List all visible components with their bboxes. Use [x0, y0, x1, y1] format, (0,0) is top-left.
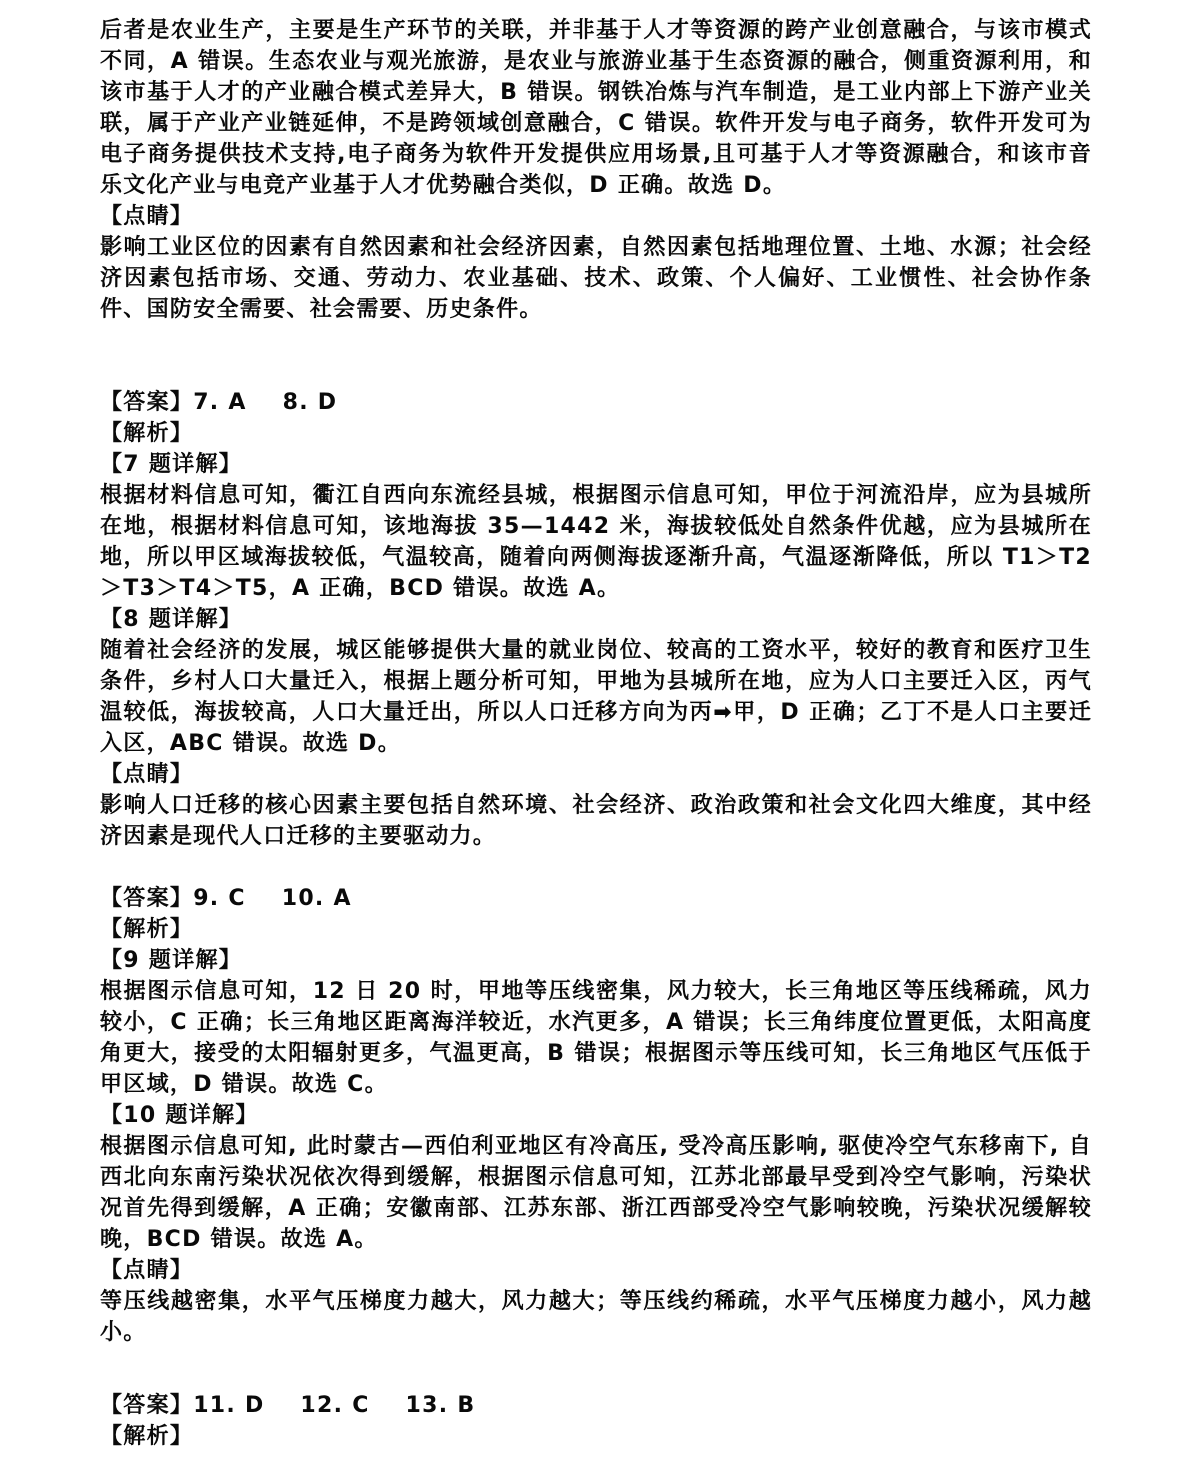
detail-label-q9: 【9 题详解】 [100, 945, 1092, 976]
analysis-label-q7: 【解析】 [100, 418, 1092, 449]
paragraph-q6-explanation: 后者是农业生产，主要是生产环节的关联，并非基于人才等资源的跨产业创意融合，与该市… [100, 15, 1092, 201]
answer-line-q7-q8: 【答案】7. A 8. D [100, 387, 1092, 418]
analysis-label-q9: 【解析】 [100, 914, 1092, 945]
tip-label-q6: 【点睛】 [100, 201, 1092, 232]
paragraph-q9-explanation: 根据图示信息可知，12 日 20 时，甲地等压线密集，风力较大，长三角地区等压线… [100, 976, 1092, 1100]
answer-line-q11-q13: 【答案】11. D 12. C 13. B [100, 1390, 1092, 1421]
detail-label-q7: 【7 题详解】 [100, 449, 1092, 480]
paragraph-q8-explanation: 随着社会经济的发展，城区能够提供大量的就业岗位、较高的工资水平，较好的教育和医疗… [100, 635, 1092, 759]
paragraph-q8-tip: 影响人口迁移的核心因素主要包括自然环境、社会经济、政治政策和社会文化四大维度，其… [100, 790, 1092, 852]
paragraph-q10-tip: 等压线越密集，水平气压梯度力越大，风力越大；等压线约稀疏，水平气压梯度力越小，风… [100, 1286, 1092, 1348]
document-page: 后者是农业生产，主要是生产环节的关联，并非基于人才等资源的跨产业创意融合，与该市… [0, 0, 1190, 1472]
analysis-label-q11: 【解析】 [100, 1421, 1092, 1452]
paragraph-q7-explanation: 根据材料信息可知，衢江自西向东流经县城，根据图示信息可知，甲位于河流沿岸，应为县… [100, 480, 1092, 604]
blank-gap [100, 1348, 1092, 1390]
blank-gap [100, 325, 1092, 387]
answer-line-q9-q10: 【答案】9. C 10. A [100, 883, 1092, 914]
paragraph-q10-explanation: 根据图示信息可知, 此时蒙古—西伯利亚地区有冷高压, 受冷高压影响, 驱使冷空气… [100, 1131, 1092, 1255]
tip-label-q8: 【点睛】 [100, 759, 1092, 790]
detail-label-q10: 【10 题详解】 [100, 1100, 1092, 1131]
detail-label-q8: 【8 题详解】 [100, 604, 1092, 635]
tip-label-q10: 【点睛】 [100, 1255, 1092, 1286]
blank-gap [100, 852, 1092, 883]
paragraph-q6-tip: 影响工业区位的因素有自然因素和社会经济因素，自然因素包括地理位置、土地、水源；社… [100, 232, 1092, 325]
